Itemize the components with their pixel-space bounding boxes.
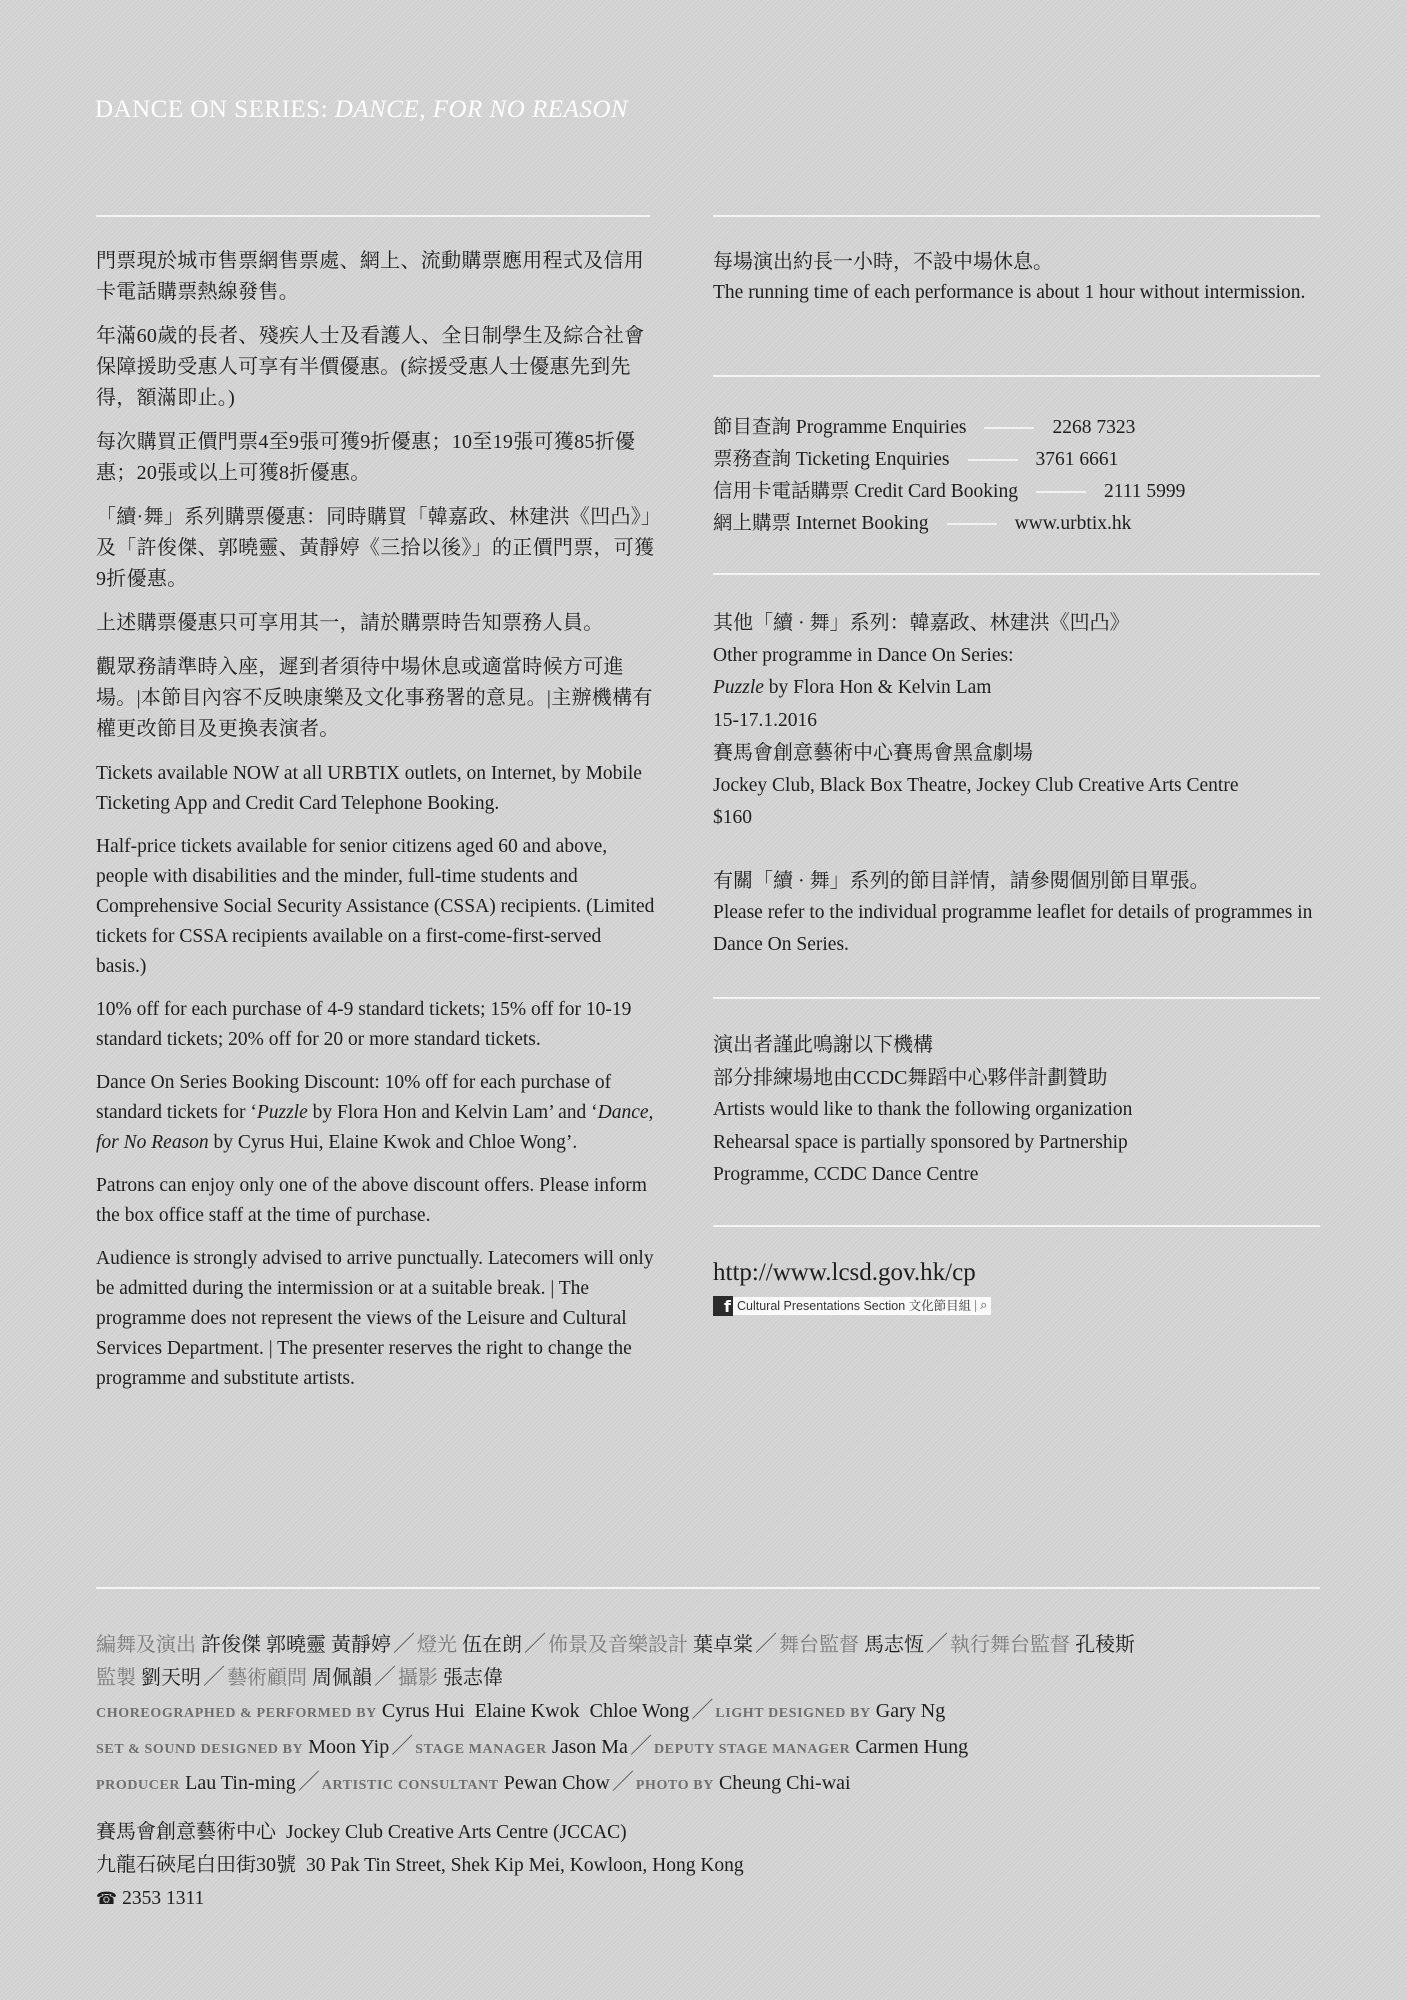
other-programme-venue-en: Jockey Club, Black Box Theatre, Jockey C…: [713, 770, 1333, 803]
details-note-zh: 有關「續 · 舞」系列的節目詳情，請參閱個別節目單張。: [713, 865, 1333, 897]
credit-role: Producer: [96, 1778, 180, 1793]
credit-separator: ／: [691, 1697, 713, 1722]
en-audience-notice: Audience is strongly advised to arrive p…: [96, 1244, 656, 1394]
credit-role: Stage Manager: [415, 1742, 547, 1757]
credit-role: 佈景及音樂設計: [548, 1634, 688, 1656]
zh-bulk-discount: 每次購買正價門票4至9張可獲9折優惠；10至19張可獲85折優惠；20張或以上可…: [96, 427, 656, 489]
credit-role: 攝影: [398, 1667, 438, 1689]
facebook-label: Cultural Presentations Section 文化節目組 ⌕: [733, 1297, 991, 1315]
ack-zh-2: 部分排練場地由CCDC舞蹈中心夥伴計劃贊助: [713, 1062, 1333, 1095]
divider-right-top: [713, 215, 1320, 217]
credit-role: Set & Sound Designed by: [96, 1742, 303, 1757]
facebook-search-bar[interactable]: f Cultural Presentations Section 文化節目組 ⌕: [713, 1296, 1333, 1316]
title-programme: DANCE, FOR NO REASON: [335, 96, 628, 123]
details-note-block: 有關「續 · 舞」系列的節目詳情，請參閱個別節目單張。 Please refer…: [713, 865, 1333, 961]
other-programme-price: $160: [713, 802, 1333, 835]
divider-left-top: [96, 215, 650, 217]
title-series: DANCE ON SERIES:: [95, 96, 335, 123]
credit-name: 張志偉: [443, 1667, 503, 1689]
zh-half-price: 年滿60歲的長者、殘疾人士及看護人、全日制學生及綜合社會保障援助受惠人可享有半價…: [96, 321, 656, 414]
ack-zh-1: 演出者謹此鳴謝以下機構: [713, 1029, 1333, 1062]
contact-label: 信用卡電話購票 Credit Card Booking: [713, 477, 1018, 507]
credit-role: 執行舞台監督: [950, 1634, 1070, 1656]
venue-address-line: 九龍石硤尾白田街30號30 Pak Tin Street, Shek Kip M…: [96, 1849, 744, 1882]
lcsd-website-link[interactable]: http://www.lcsd.gov.hk/cp: [713, 1256, 1333, 1290]
credit-role: Light Designed by: [715, 1706, 870, 1721]
en-half-price: Half-price tickets available for senior …: [96, 832, 656, 982]
credit-name: 許俊傑 郭曉靈 黃靜婷: [201, 1634, 391, 1656]
divider-right-4: [713, 997, 1320, 999]
leader-dash: [984, 427, 1034, 429]
credit-separator: ／: [630, 1733, 652, 1758]
credit-separator: ／: [393, 1631, 415, 1656]
venue-name-en: Jockey Club Creative Arts Centre (JCCAC): [286, 1822, 627, 1843]
credit-name: 劉天明: [141, 1667, 201, 1689]
contact-value[interactable]: www.urbtix.hk: [1015, 509, 1132, 539]
other-programme-title: Puzzle by Flora Hon & Kelvin Lam: [713, 672, 1333, 705]
venue-name-line: 賽馬會創意藝術中心Jockey Club Creative Arts Centr…: [96, 1816, 744, 1849]
venue-phone-line: ☎ 2353 1311: [96, 1882, 744, 1916]
page-title: DANCE ON SERIES: DANCE, FOR NO REASON: [95, 96, 628, 124]
leader-dash: [968, 459, 1018, 461]
divider-right-2: [713, 375, 1320, 377]
running-time-block: 每場演出約長一小時，不設中場休息。 The running time of ea…: [713, 247, 1333, 309]
venue-phone: 2353 1311: [122, 1888, 204, 1909]
credit-name: Lau Tin-ming: [185, 1772, 296, 1794]
other-programme-en: Other programme in Dance On Series:: [713, 640, 1333, 673]
contact-ticketing-enquiries: 票務查詢 Ticketing Enquiries3761 6661: [713, 444, 1333, 476]
zh-series-discount: 「續·舞」系列購票優惠：同時購買「韓嘉政、林建洪《凹凸》」及「許俊傑、郭曉靈、黃…: [96, 502, 656, 595]
credits-block: 編舞及演出 許俊傑 郭曉靈 黃靜婷／燈光 伍在朗／佈景及音樂設計 葉卓棠／舞台監…: [96, 1628, 1336, 1802]
running-time-en: The running time of each performance is …: [713, 277, 1333, 309]
credits-zh-line-1: 編舞及演出 許俊傑 郭曉靈 黃靜婷／燈光 伍在朗／佈景及音樂設計 葉卓棠／舞台監…: [96, 1628, 1336, 1661]
contact-value: 2111 5999: [1104, 477, 1185, 507]
credit-separator: ／: [374, 1664, 396, 1689]
venue-address-zh: 九龍石硤尾白田街30號: [96, 1854, 296, 1876]
divider-full: [96, 1587, 1320, 1589]
contact-value: 3761 6661: [1036, 445, 1119, 475]
en-bulk-discount: 10% off for each purchase of 4-9 standar…: [96, 995, 656, 1055]
contact-programme-enquiries: 節目查詢 Programme Enquiries2268 7323: [713, 412, 1333, 444]
divider-right-5: [713, 1225, 1320, 1227]
credit-name: 孔稜斯: [1075, 1634, 1135, 1656]
en-ticket-availability: Tickets available NOW at all URBTIX outl…: [96, 759, 656, 819]
credit-name: 馬志恆: [864, 1634, 924, 1656]
credit-role: Deputy Stage Manager: [654, 1742, 850, 1757]
phone-icon: ☎: [96, 1889, 117, 1909]
credits-en-line-2: Set & Sound Designed by Moon Yip／Stage M…: [96, 1730, 1336, 1766]
web-links-block: http://www.lcsd.gov.hk/cp f Cultural Pre…: [713, 1256, 1333, 1316]
other-programme-venue-zh: 賽馬會創意藝術中心賽馬會黑盒劇場: [713, 737, 1333, 770]
leader-dash: [947, 523, 997, 525]
credit-separator: ／: [298, 1769, 320, 1794]
venue-block: 賽馬會創意藝術中心Jockey Club Creative Arts Centr…: [96, 1816, 744, 1916]
credits-en-line-1: Choreographed & Performed by Cyrus Hui E…: [96, 1694, 1336, 1730]
facebook-icon: f: [713, 1296, 733, 1316]
facebook-separator: [975, 1300, 976, 1312]
credit-name: 周佩韻: [312, 1667, 372, 1689]
credit-separator: ／: [926, 1631, 948, 1656]
other-programme-block: 其他「續 · 舞」系列：韓嘉政、林建洪《凹凸》 Other programme …: [713, 607, 1333, 835]
discount-text-3: by Cyrus Hui, Elaine Kwok and Chloe Wong…: [209, 1132, 578, 1153]
credit-role: 舞台監督: [779, 1634, 859, 1656]
credit-name: Pewan Chow: [504, 1772, 610, 1794]
contact-label: 票務查詢 Ticketing Enquiries: [713, 445, 950, 475]
credit-role: 藝術顧問: [227, 1667, 307, 1689]
credit-name: Cheung Chi-wai: [719, 1772, 851, 1794]
ack-en-1: Artists would like to thank the followin…: [713, 1094, 1333, 1127]
venue-address-en: 30 Pak Tin Street, Shek Kip Mei, Kowloon…: [306, 1855, 744, 1876]
credit-name: Carmen Hung: [855, 1736, 968, 1758]
zh-one-offer: 上述購票優惠只可享用其一，請於購票時告知票務人員。: [96, 608, 656, 639]
credit-separator: ／: [524, 1631, 546, 1656]
contact-credit-card-booking: 信用卡電話購票 Credit Card Booking2111 5999: [713, 476, 1333, 508]
en-series-discount: Dance On Series Booking Discount: 10% of…: [96, 1068, 656, 1158]
discount-text-2: by Flora Hon and Kelvin Lam’ and ‘: [308, 1102, 598, 1123]
contact-label: 網上購票 Internet Booking: [713, 509, 929, 539]
credit-role: 監製: [96, 1667, 136, 1689]
credit-separator: ／: [391, 1733, 413, 1758]
contact-value: 2268 7323: [1052, 413, 1135, 443]
credit-separator: ／: [755, 1631, 777, 1656]
credit-name: Gary Ng: [876, 1700, 945, 1722]
en-one-offer: Patrons can enjoy only one of the above …: [96, 1171, 656, 1231]
divider-right-3: [713, 573, 1320, 575]
contact-internet-booking: 網上購票 Internet Bookingwww.urbtix.hk: [713, 508, 1333, 540]
puzzle-credits: by Flora Hon & Kelvin Lam: [764, 677, 991, 698]
credit-name: 葉卓棠: [693, 1634, 753, 1656]
credit-separator: ／: [612, 1769, 634, 1794]
acknowledgement-block: 演出者謹此鳴謝以下機構 部分排練場地由CCDC舞蹈中心夥伴計劃贊助 Artist…: [713, 1029, 1333, 1192]
other-programme-zh: 其他「續 · 舞」系列：韓嘉政、林建洪《凹凸》: [713, 607, 1333, 640]
credit-separator: ／: [203, 1664, 225, 1689]
ack-en-3: Programme, CCDC Dance Centre: [713, 1159, 1333, 1192]
credit-role: Choreographed & Performed by: [96, 1706, 377, 1721]
leader-dash: [1036, 491, 1086, 493]
credit-role: Photo by: [636, 1778, 714, 1793]
credit-name: Jason Ma: [552, 1736, 628, 1758]
credits-zh-line-2: 監製 劉天明／藝術顧問 周佩韻／攝影 張志偉: [96, 1661, 1336, 1694]
venue-name-zh: 賽馬會創意藝術中心: [96, 1821, 276, 1843]
puzzle-title: Puzzle: [713, 677, 764, 698]
credit-name: 伍在朗: [462, 1634, 522, 1656]
facebook-page-name: Cultural Presentations Section 文化節目組: [737, 1297, 971, 1315]
details-note-en: Please refer to the individual programme…: [713, 897, 1313, 961]
contacts-block: 節目查詢 Programme Enquiries2268 7323 票務查詢 T…: [713, 412, 1333, 540]
zh-ticket-availability: 門票現於城市售票網售票處、網上、流動購票應用程式及信用卡電話購票熱線發售。: [96, 246, 656, 308]
credit-role: Artistic Consultant: [322, 1778, 499, 1793]
zh-audience-notice: 觀眾務請準時入座，遲到者須待中場休息或適當時候方可進場。|本節目內容不反映康樂及…: [96, 652, 656, 745]
credits-en-line-3: Producer Lau Tin-ming／Artistic Consultan…: [96, 1766, 1336, 1802]
credit-role: 編舞及演出: [96, 1634, 196, 1656]
running-time-zh: 每場演出約長一小時，不設中場休息。: [713, 247, 1333, 277]
credit-name: Cyrus Hui Elaine Kwok Chloe Wong: [382, 1700, 689, 1722]
discount-title-puzzle: Puzzle: [257, 1102, 308, 1123]
search-icon: ⌕: [980, 1297, 987, 1315]
credit-role: 燈光: [417, 1634, 457, 1656]
other-programme-dates: 15-17.1.2016: [713, 705, 1333, 738]
contact-label: 節目查詢 Programme Enquiries: [713, 413, 966, 443]
credit-name: Moon Yip: [308, 1736, 389, 1758]
ticketing-info-column: 門票現於城市售票網售票處、網上、流動購票應用程式及信用卡電話購票熱線發售。 年滿…: [96, 246, 656, 1407]
ack-en-2: Rehearsal space is partially sponsored b…: [713, 1127, 1333, 1160]
